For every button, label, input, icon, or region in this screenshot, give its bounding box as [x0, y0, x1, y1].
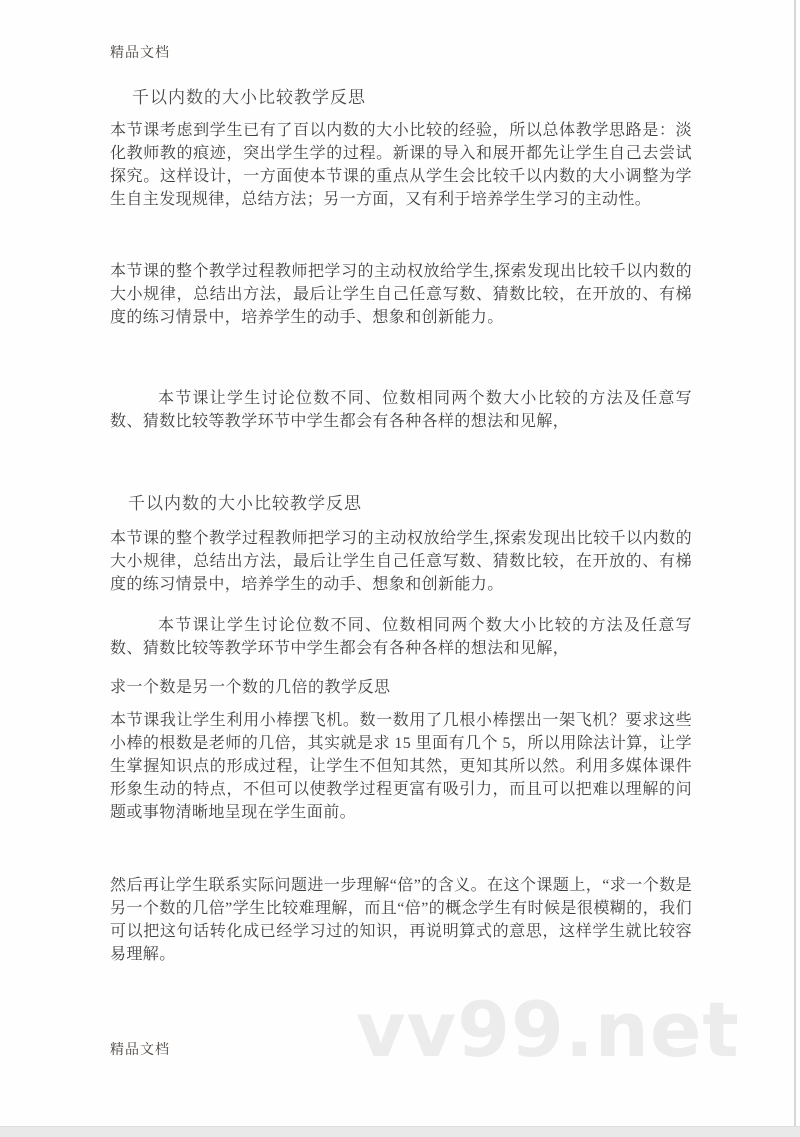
page-right-edge-line — [794, 0, 796, 1127]
document-page: 精品文档 千以内数的大小比较教学反思 本节课考虑到学生已有了百以内数的大小比较的… — [0, 0, 800, 1137]
paragraph-3: 本节课让学生讨论位数不同、位数相同两个数大小比较的方法及任意写数、猜数比较等教学… — [110, 387, 692, 433]
paragraph-5: 本节课让学生讨论位数不同、位数相同两个数大小比较的方法及任意写数、猜数比较等教学… — [110, 614, 692, 660]
paragraph-4: 本节课的整个教学过程教师把学习的主动权放给学生,探索发现出比较千以内数的大小规律… — [110, 527, 692, 596]
paragraph-6: 本节课我让学生利用小棒摆飞机。数一数用了几根小棒摆出一架飞机？要求这些小棒的根数… — [110, 709, 692, 824]
site-watermark: vv99.net — [356, 985, 740, 1074]
page-footer-label: 精品文档 — [110, 1039, 170, 1059]
document-title-repeat: 千以内数的大小比较教学反思 — [128, 489, 362, 514]
page-header-label: 精品文档 — [110, 42, 170, 62]
section-heading: 求一个数是另一个数的几倍的教学反思 — [110, 674, 391, 697]
document-title: 千以内数的大小比较教学反思 — [132, 83, 366, 108]
paragraph-7: 然后再让学生联系实际问题进一步理解“倍”的含义。在这个课题上，“求一个数是另一个… — [110, 874, 692, 966]
paragraph-1: 本节课考虑到学生已有了百以内数的大小比较的经验，所以总体教学思路是：淡化教师教的… — [110, 119, 692, 211]
paragraph-2: 本节课的整个教学过程教师把学习的主动权放给学生,探索发现出比较千以内数的大小规律… — [110, 260, 692, 329]
page-bottom-strip — [0, 1126, 800, 1137]
